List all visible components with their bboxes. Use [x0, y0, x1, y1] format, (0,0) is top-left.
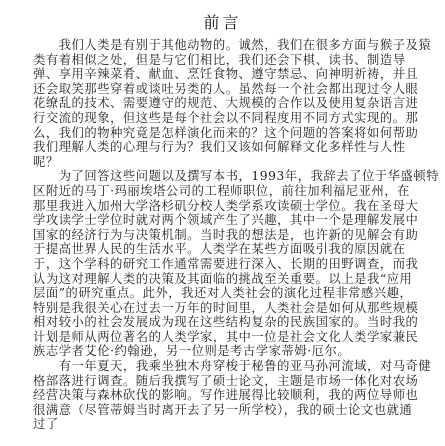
text-line: 弹、享用辛辣菜肴、献血、烹饪食物、遵守禁忌、向神明祈祷，并且 — [33, 67, 409, 82]
text-line: 过了 — [33, 417, 409, 432]
text-line: 层面”的研究重点。此外，我还对人类社会的演化过程非常感兴趣， — [33, 286, 409, 301]
text-line: 特别是我很关心在过去一万年的时间里，人类社会是如何从那些规模 — [33, 301, 409, 316]
paragraph-3: 有一年夏天，我乘坐独木舟穿梭于秘鲁的亚马孙河流域，对马奇健 格部落进行调查。随后… — [33, 359, 409, 432]
text-line: 为了回答这些问题以及撰写本书，1993年，我辞去了位于华盛顿特 — [33, 169, 409, 184]
text-line: 经营决策与森林砍伐的影响。写作进展得比较顺利，我的两位导师也 — [33, 388, 409, 403]
text-line: 计划是师从两位著名的人类学家，其中一位是社会文化人类学家兼民 — [33, 330, 409, 345]
text-line: 类有着相似之处，但是与它们相比，我们还会下棋、读书、制造导 — [33, 53, 409, 68]
text-line: 于提高世界人民的生活水平。人类学在某些方面吸引我的原因就在 — [33, 242, 409, 257]
text-line: 行交流的现象，但这些是每个社会以不同程度用不同方式实现的。那 — [33, 111, 409, 126]
text-line: 区附近的马丁·玛丽埃塔公司的工程师职位，前往加利福尼亚州，在 — [33, 184, 409, 199]
text-line: 国家的经济行为与决策机制。当时我的想法是，也许新的见解会有助 — [33, 228, 409, 243]
text-line: 很满意（尽管蒂姆当时离开去了另一所学校），我的硕士论文也就通 — [33, 403, 409, 418]
paragraph-2: 为了回答这些问题以及撰写本书，1993年，我辞去了位于华盛顿特 区附近的马丁·玛… — [33, 169, 409, 359]
text-line: 族志学者艾伦·约翰逊，另一位则是考古学家蒂姆·厄尔。 — [33, 344, 409, 359]
text-line: 我们人类是有别于其他动物的。诚然，我们在很多方面与猴子及猿 — [33, 38, 409, 53]
document-body: 我们人类是有别于其他动物的。诚然，我们在很多方面与猴子及猿 类有着相似之处，但是… — [33, 38, 409, 432]
text-line: 还会取笑那些穿着或谈吐另类的人。虽然每一个社会都出现过令人眼 — [33, 82, 409, 97]
text-line: 我们理解人类的心理与行为？我们又该如何解释文化多样性与人性 — [33, 140, 409, 155]
document-page: 前言 我们人类是有别于其他动物的。诚然，我们在很多方面与猴子及猿 类有着相似之处… — [0, 0, 445, 446]
text-line: 花缭乱的技术、需要遵守的规范、大规模的合作以及使用复杂语言进 — [33, 96, 409, 111]
text-line: 于，这个学科的研究工作通常需要进行深入、长期的田野调查，而我 — [33, 257, 409, 272]
text-line: 有一年夏天，我乘坐独木舟穿梭于秘鲁的亚马孙河流域，对马奇健 — [33, 359, 409, 374]
text-line: 格部落进行调查。随后我撰写了硕士论文，主题是市场一体化对农场 — [33, 374, 409, 389]
text-line: 么，我们的物种究竟是怎样演化而来的？这个问题的答案将如何帮助 — [33, 126, 409, 141]
text-line: 呢？ — [33, 155, 409, 170]
text-line: 认为这对理解人类的决策及其面临的挑战至关重要。以上是我“应用 — [33, 272, 409, 287]
page-title: 前言 — [0, 13, 445, 33]
text-line: 相对较小的社会发展成为现在这些结构复杂的民族国家的。当时我的 — [33, 315, 409, 330]
text-line: 那里我进入加州大学洛杉矶分校人类学系攻读硕士学位。我在圣母大 — [33, 199, 409, 214]
paragraph-1: 我们人类是有别于其他动物的。诚然，我们在很多方面与猴子及猿 类有着相似之处，但是… — [33, 38, 409, 169]
text-line: 学攻读学士学位时就对两个领域产生了兴趣，其中一个是理解发展中 — [33, 213, 409, 228]
